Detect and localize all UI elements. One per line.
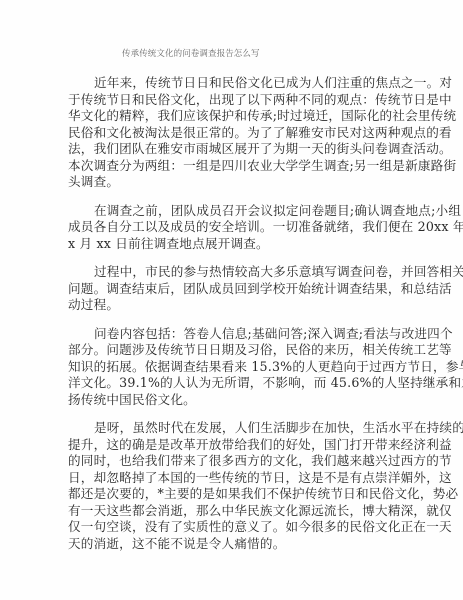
paragraph-conclusion: 是呀，虽然时代在发展，人们生活脚步在加快，生活水平在持续的 提升，这的确是是改革… xyxy=(68,420,398,552)
text-line: 近年来，传统节日日和民俗文化已成为人们注重的焦点之一。对 xyxy=(68,75,398,92)
text-line: 于传统节日和民俗文化，出现了以下两种不同的观点：传统节日是中 xyxy=(68,92,398,109)
paragraph-preparation: 在调查之前，团队成员召开会议拟定问卷题目;确认调查地点;小组 成员各自分工以及成… xyxy=(68,203,398,253)
text-line: 问卷内容包括：答卷人信息;基础问答;深入调查;看法与改进四个 xyxy=(68,326,398,343)
text-line: 日，却忽略掉了本国的一些传统的节日，这是不是有点崇洋媚外，这 xyxy=(68,470,398,487)
text-line: 有一天这些都会消逝，那么中华民族文化源远流长，博大精深，就仅 xyxy=(68,503,398,520)
text-line: 华文化的精粹，我们应该保护和传承;时过境迁，国际化的社会里传统 xyxy=(68,108,398,125)
text-line: 民俗和文化被淘汰是很正常的。为了了解雅安市民对这两种观点的看 xyxy=(68,125,398,142)
text-line: 在调查之前，团队成员召开会议拟定问卷题目;确认调查地点;小组 xyxy=(68,203,398,220)
text-line: 头调查。 xyxy=(68,174,398,191)
text-line: 仅一句空谈，没有了实质性的意义了。如今很多的民俗文化正在一天 xyxy=(68,519,398,536)
paragraph-intro: 近年来，传统节日日和民俗文化已成为人们注重的焦点之一。对 于传统节日和民俗文化，… xyxy=(68,75,398,191)
text-line: 过程中，市民的参与热情较高大多乐意填写调查问卷，并回答相关 xyxy=(68,264,398,281)
text-line: 知识的拓展。依据调查结果看来 15.3%的人更趋向于过西方节日，参与 xyxy=(68,359,398,376)
text-line: 洋文化。39.1%的人认为无所谓，不影响，而 45.6%的人坚持继承和发 xyxy=(68,375,398,392)
text-line: 问题。调查结束后，团队成员回到学校开始统计调查结果，和总结活 xyxy=(68,281,398,298)
paragraph-results: 问卷内容包括：答卷人信息;基础问答;深入调查;看法与改进四个 部分。问题涉及传统… xyxy=(68,326,398,409)
text-line: 的同时，也给我们带来了很多西方的文化，我们越来越兴过西方的节 xyxy=(68,453,398,470)
text-line: 动过程。 xyxy=(68,297,398,314)
text-line: 天的消逝，这不能不说是令人痛惜的。 xyxy=(68,536,398,553)
document-title: 传承传统文化的问卷调查报告怎么写 xyxy=(122,47,260,59)
text-line: 提升，这的确是是改革开放带给我们的好处，国门打开带来经济利益 xyxy=(68,437,398,454)
document-body: 近年来，传统节日日和民俗文化已成为人们注重的焦点之一。对 于传统节日和民俗文化，… xyxy=(68,75,398,564)
text-line: 本次调查分为两组：一组是四川农业大学学生调查;另一组是新康路街 xyxy=(68,158,398,175)
text-line: 部分。问题涉及传统节日日期及习俗，民俗的来历，相关传统工艺等 xyxy=(68,342,398,359)
text-line: x 月 xx 日前往调查地点展开调查。 xyxy=(68,236,398,253)
text-line: 成员各自分工以及成员的安全培训。一切准备就绪，我们便在 20xx 年 xyxy=(68,219,398,236)
paragraph-process: 过程中，市民的参与热情较高大多乐意填写调查问卷，并回答相关 问题。调查结束后，团… xyxy=(68,264,398,314)
text-line: 都还是次要的，*主要的是如果我们不保护传统节日和民俗文化，势必 xyxy=(68,486,398,503)
text-line: 法，我们团队在雅安市雨城区展开了为期一天的街头问卷调查活动。 xyxy=(68,141,398,158)
text-line: 是呀，虽然时代在发展，人们生活脚步在加快，生活水平在持续的 xyxy=(68,420,398,437)
text-line: 扬传统中国民俗文化。 xyxy=(68,392,398,409)
document-page: 传承传统文化的问卷调查报告怎么写 近年来，传统节日日和民俗文化已成为人们注重的焦… xyxy=(0,0,463,600)
